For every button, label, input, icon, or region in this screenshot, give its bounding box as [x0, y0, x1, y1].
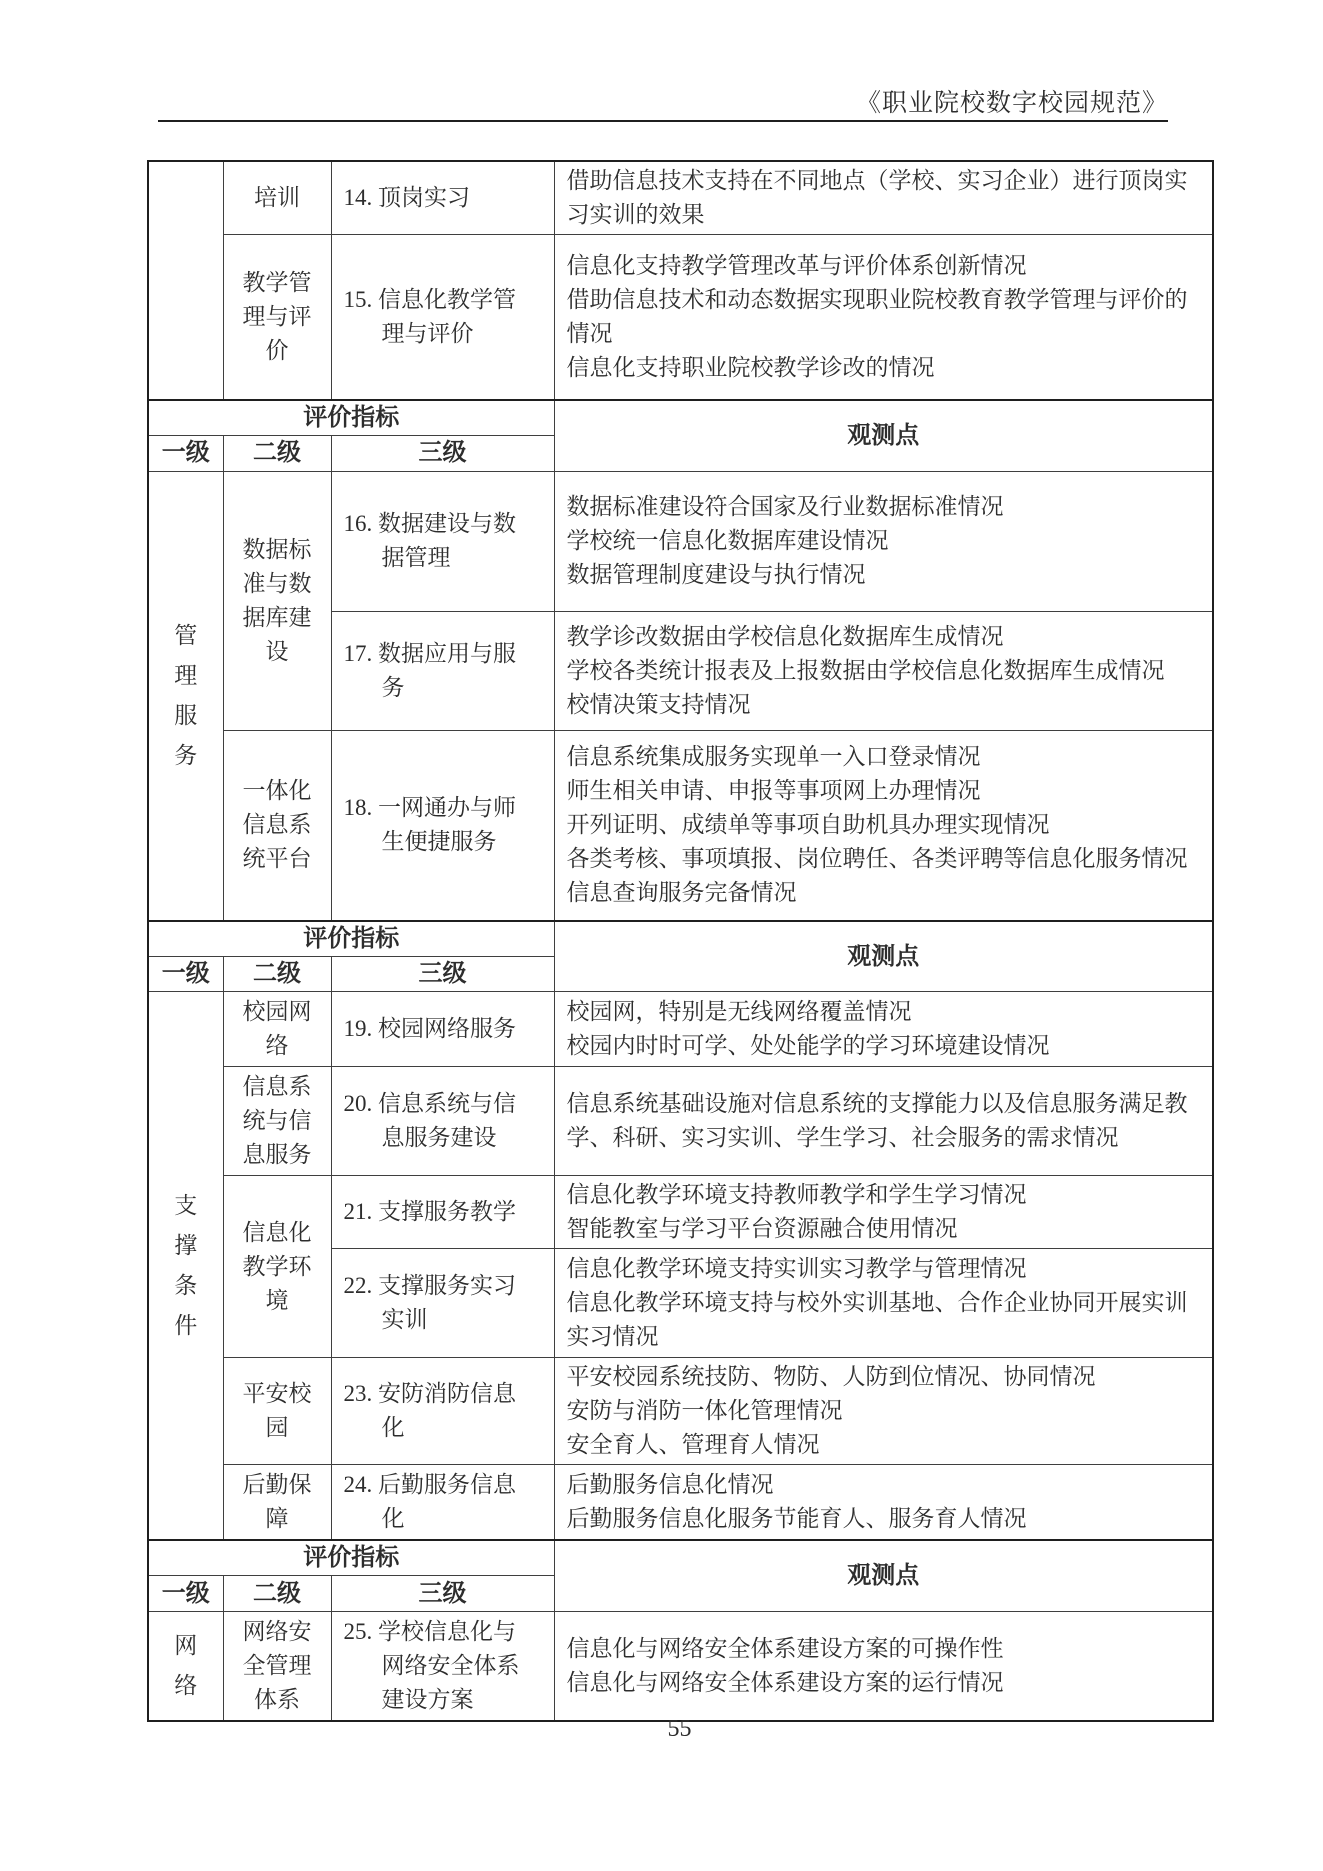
- level1-vertical-text: 支撑条件: [174, 1186, 197, 1346]
- level3-cell: 17. 数据应用与服务: [331, 611, 554, 730]
- observation-cell: 借助信息技术支持在不同地点（学校、实习企业）进行顶岗实习实训的效果: [554, 161, 1213, 235]
- level2-header: 二级: [223, 435, 331, 471]
- observation-cell: 后勤服务信息化情况 后勤服务信息化服务节能育人、服务育人情况: [554, 1465, 1213, 1541]
- level3-cell: 21. 支撑服务教学: [331, 1176, 554, 1249]
- level1-header: 一级: [148, 957, 223, 992]
- table-header-band: 评价指标 观测点: [148, 400, 1213, 436]
- eval-indicator-header: 评价指标: [148, 400, 554, 436]
- table-row: 管理服务 数据标准与数据库建设 16. 数据建设与数据管理 数据标准建设符合国家…: [148, 471, 1213, 611]
- level3-cell: 16. 数据建设与数据管理: [331, 471, 554, 611]
- level3-cell: 20. 信息系统与信息服务建设: [331, 1067, 554, 1176]
- observation-point-header: 观测点: [554, 1540, 1213, 1612]
- observation-point-header: 观测点: [554, 400, 1213, 472]
- observation-cell: 信息化与网络安全体系建设方案的可操作性 信息化与网络安全体系建设方案的运行情况: [554, 1612, 1213, 1722]
- observation-cell: 数据标准建设符合国家及行业数据标准情况 学校统一信息化数据库建设情况 数据管理制…: [554, 471, 1213, 611]
- document-page: 《职业院校数字校园规范》 培训 14. 顶岗实习 借助信息技术支持在不同地点（学…: [0, 0, 1323, 1871]
- level2-cell: 数据标准与数据库建设: [223, 471, 331, 730]
- observation-cell: 信息系统基础设施对信息系统的支撑能力以及信息服务满足教学、科研、实习实训、学生学…: [554, 1067, 1213, 1176]
- header-rule: [158, 120, 1168, 122]
- observation-cell: 平安校园系统技防、物防、人防到位情况、协同情况 安防与消防一体化管理情况 安全育…: [554, 1358, 1213, 1465]
- table-row: 一体化信息系统平台 18. 一网通办与师生便捷服务 信息系统集成服务实现单一入口…: [148, 730, 1213, 921]
- table-row: 教学管理与评价 15. 信息化教学管理与评价 信息化支持教学管理改革与评价体系创…: [148, 235, 1213, 400]
- level1-vertical-text: 管理服务: [174, 616, 197, 776]
- level3-cell: 15. 信息化教学管理与评价: [331, 235, 554, 400]
- table-row: 信息系统与信息服务 20. 信息系统与信息服务建设 信息系统基础设施对信息系统的…: [148, 1067, 1213, 1176]
- level2-cell: 一体化信息系统平台: [223, 730, 331, 921]
- table-row: 网络 网络安全管理体系 25. 学校信息化与网络安全体系建设方案 信息化与网络安…: [148, 1612, 1213, 1722]
- level2-cell: 校园网络: [223, 992, 331, 1067]
- level3-header: 三级: [331, 957, 554, 992]
- table-header-band: 评价指标 观测点: [148, 921, 1213, 957]
- table-row: 信息化教学环境 21. 支撑服务教学 信息化教学环境支持教师教学和学生学习情况 …: [148, 1176, 1213, 1249]
- level1-vertical-text: 网络: [174, 1626, 197, 1706]
- level3-header: 三级: [331, 1576, 554, 1612]
- table-row: 培训 14. 顶岗实习 借助信息技术支持在不同地点（学校、实习企业）进行顶岗实习…: [148, 161, 1213, 235]
- level2-cell: 信息化教学环境: [223, 1176, 331, 1358]
- level2-header: 二级: [223, 1576, 331, 1612]
- level2-cell: 网络安全管理体系: [223, 1612, 331, 1722]
- table-header-band: 评价指标 观测点: [148, 1540, 1213, 1576]
- level3-header: 三级: [331, 435, 554, 471]
- table-row: 后勤保障 24. 后勤服务信息化 后勤服务信息化情况 后勤服务信息化服务节能育人…: [148, 1465, 1213, 1541]
- observation-cell: 信息化教学环境支持实训实习教学与管理情况 信息化教学环境支持与校外实训基地、合作…: [554, 1249, 1213, 1358]
- eval-indicator-header: 评价指标: [148, 921, 554, 957]
- level2-cell: 教学管理与评价: [223, 235, 331, 400]
- level3-cell: 22. 支撑服务实习实训: [331, 1249, 554, 1358]
- page-number: 55: [147, 1716, 1212, 1743]
- level2-cell: 信息系统与信息服务: [223, 1067, 331, 1176]
- level1-header: 一级: [148, 1576, 223, 1612]
- level1-header: 一级: [148, 435, 223, 471]
- level3-cell: 19. 校园网络服务: [331, 992, 554, 1067]
- level1-cell: 网络: [148, 1612, 223, 1722]
- eval-indicator-header: 评价指标: [148, 1540, 554, 1576]
- level1-cell-empty: [148, 161, 223, 400]
- observation-cell: 教学诊改数据由学校信息化数据库生成情况 学校各类统计报表及上报数据由学校信息化数…: [554, 611, 1213, 730]
- table-row: 支撑条件 校园网络 19. 校园网络服务 校园网，特别是无线网络覆盖情况 校园内…: [148, 992, 1213, 1067]
- level3-cell: 24. 后勤服务信息化: [331, 1465, 554, 1541]
- level1-cell: 支撑条件: [148, 992, 223, 1541]
- level3-cell: 23. 安防消防信息化: [331, 1358, 554, 1465]
- level1-cell: 管理服务: [148, 471, 223, 921]
- observation-cell: 信息系统集成服务实现单一入口登录情况 师生相关申请、申报等事项网上办理情况 开列…: [554, 730, 1213, 921]
- level3-cell: 14. 顶岗实习: [331, 161, 554, 235]
- level2-cell: 培训: [223, 161, 331, 235]
- observation-cell: 信息化支持教学管理改革与评价体系创新情况 借助信息技术和动态数据实现职业院校教育…: [554, 235, 1213, 400]
- page-header-title: 《职业院校数字校园规范》: [856, 83, 1168, 119]
- table-row: 平安校园 23. 安防消防信息化 平安校园系统技防、物防、人防到位情况、协同情况…: [148, 1358, 1213, 1465]
- observation-point-header: 观测点: [554, 921, 1213, 992]
- level2-cell: 后勤保障: [223, 1465, 331, 1541]
- level3-cell: 18. 一网通办与师生便捷服务: [331, 730, 554, 921]
- level2-header: 二级: [223, 957, 331, 992]
- level2-cell: 平安校园: [223, 1358, 331, 1465]
- observation-cell: 校园网，特别是无线网络覆盖情况 校园内时时可学、处处能学的学习环境建设情况: [554, 992, 1213, 1067]
- observation-cell: 信息化教学环境支持教师教学和学生学习情况 智能教室与学习平台资源融合使用情况: [554, 1176, 1213, 1249]
- indicator-table: 培训 14. 顶岗实习 借助信息技术支持在不同地点（学校、实习企业）进行顶岗实习…: [147, 160, 1214, 1722]
- level3-cell: 25. 学校信息化与网络安全体系建设方案: [331, 1612, 554, 1722]
